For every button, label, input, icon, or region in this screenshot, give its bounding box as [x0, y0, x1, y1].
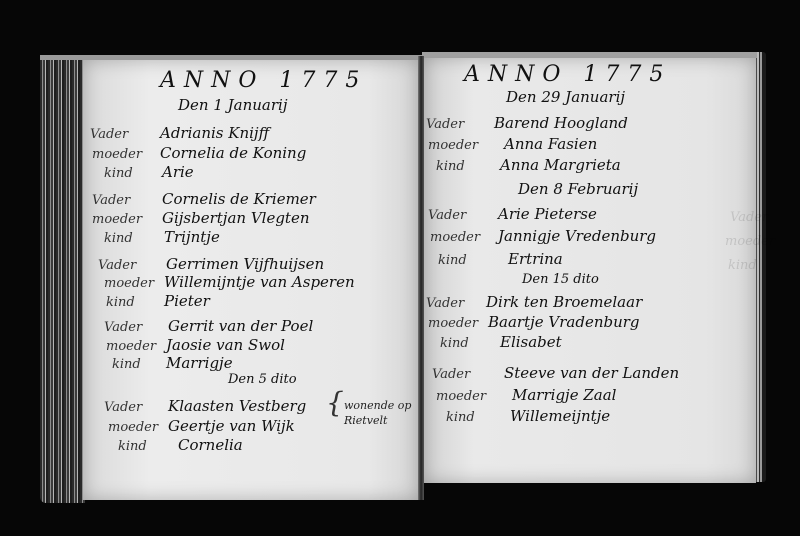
kind-label: kind [112, 357, 141, 372]
bleed-through-text: kind [728, 258, 757, 273]
mother-name: Willemijntje van Asperen [164, 273, 355, 291]
child-name: Ertrina [508, 250, 563, 268]
child-name: Willemeijntje [510, 407, 610, 425]
bleed-through-text: moeder [725, 234, 775, 249]
vader-label: Vader [92, 193, 130, 208]
mother-name: Anna Fasien [504, 135, 597, 153]
date-heading: Den 1 Januarij [178, 96, 287, 114]
moeder-label: moeder [428, 138, 478, 153]
father-name: Klaasten Vestberg [168, 397, 306, 415]
vader-label: Vader [98, 258, 136, 273]
vader-label: Vader [426, 296, 464, 311]
mother-name: Jannigje Vredenburg [498, 227, 656, 245]
vader-label: Vader [90, 127, 128, 142]
child-name: Arie [162, 163, 194, 181]
child-name: Anna Margrieta [500, 156, 621, 174]
father-name: Steeve van der Landen [504, 364, 679, 382]
kind-label: kind [104, 166, 133, 181]
brace-mark: { [326, 386, 344, 419]
left-page-title: ANNO 1775 [160, 68, 367, 93]
kind-label: kind [438, 253, 467, 268]
vader-label: Vader [104, 320, 142, 335]
page-edges-left [40, 55, 85, 503]
moeder-label: moeder [106, 339, 156, 354]
date-heading-2: Den 8 Februarij [518, 180, 638, 198]
child-name: Elisabet [500, 333, 562, 351]
father-name: Cornelis de Kriemer [162, 190, 316, 208]
date-heading: Den 29 Januarij [506, 88, 625, 106]
kind-label: kind [446, 410, 475, 425]
mother-name: Jaosie van Swol [166, 336, 285, 354]
child-name: Pieter [164, 292, 210, 310]
kind-label: kind [440, 336, 469, 351]
moeder-label: moeder [104, 276, 154, 291]
vader-label: Vader [426, 117, 464, 132]
mother-name: Cornelia de Koning [160, 144, 306, 162]
margin-note-line-1: wonende op [344, 399, 411, 412]
father-name: Arie Pieterse [498, 205, 597, 223]
mother-name: Marrigje Zaal [512, 386, 616, 404]
open-register-book: Vader moeder kind ANNO 1775 Den 1 Januar… [0, 0, 800, 536]
moeder-label: moeder [428, 316, 478, 331]
father-name: Barend Hoogland [494, 114, 628, 132]
father-name: Gerrit van der Poel [168, 317, 313, 335]
moeder-label: moeder [92, 147, 142, 162]
mother-name: Gijsbertjan Vlegten [162, 209, 310, 227]
mother-name: Geertje van Wijk [168, 417, 295, 435]
margin-note-line-2: Rietvelt [344, 414, 387, 427]
father-name: Gerrimen Vijfhuijsen [166, 255, 324, 273]
moeder-label: moeder [92, 212, 142, 227]
father-name: Dirk ten Broemelaar [486, 293, 642, 311]
vader-label: Vader [428, 208, 466, 223]
kind-label: kind [104, 231, 133, 246]
child-name: Marrigje [166, 354, 233, 372]
moeder-label: moeder [430, 230, 480, 245]
child-name: Trijntje [164, 228, 220, 246]
moeder-label: moeder [436, 389, 486, 404]
child-name: Cornelia [178, 436, 243, 454]
mother-name: Baartje Vradenburg [488, 313, 640, 331]
moeder-label: moeder [108, 420, 158, 435]
father-name: Adrianis Knijff [160, 124, 269, 142]
kind-label: kind [106, 295, 135, 310]
date-heading-3: Den 15 dito [522, 272, 599, 287]
date-heading-2: Den 5 dito [228, 372, 297, 387]
bleed-through-text: Vader [730, 210, 768, 225]
vader-label: Vader [104, 400, 142, 415]
kind-label: kind [118, 439, 147, 454]
kind-label: kind [436, 159, 465, 174]
vader-label: Vader [432, 367, 470, 382]
right-page-title: ANNO 1775 [464, 62, 671, 87]
